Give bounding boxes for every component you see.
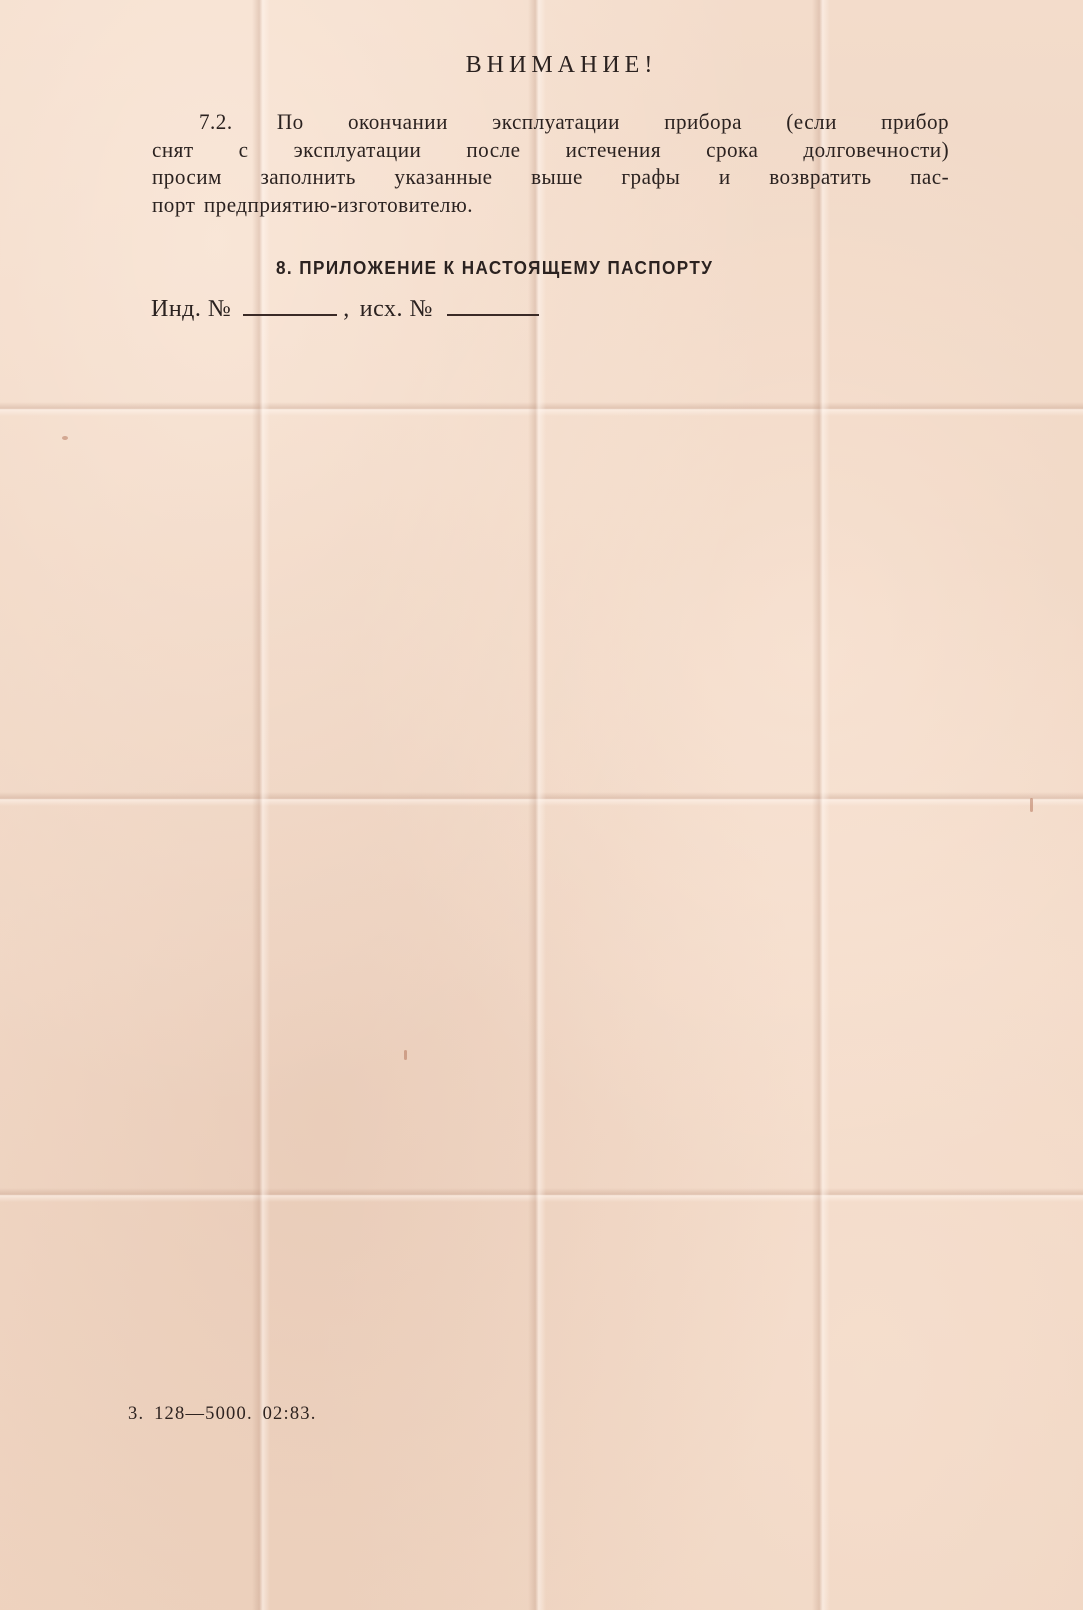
attention-title: ВНИМАНИЕ!	[0, 52, 1083, 79]
ish-number-field[interactable]	[447, 314, 539, 316]
field-separator: ,	[343, 296, 350, 323]
notice-line: просим заполнить указанные выше графы и …	[152, 163, 949, 191]
document-page: ВНИМАНИЕ! 7.2. По окончании эксплуатации…	[0, 0, 1083, 1610]
ind-number-label: Инд. №	[151, 296, 231, 323]
notice-line: порт предприятию-изготовителю.	[152, 191, 949, 219]
ish-number-label: исх. №	[360, 296, 433, 323]
notice-line: снят с эксплуатации после истечения срок…	[152, 136, 949, 164]
appendix-heading: 8. ПРИЛОЖЕНИЕ К НАСТОЯЩЕМУ ПАСПОРТУ	[276, 258, 713, 279]
reference-numbers-line: Инд. № , исх. №	[151, 296, 543, 323]
notice-paragraph: 7.2. По окончании эксплуатации прибора (…	[152, 108, 949, 218]
notice-line: 7.2. По окончании эксплуатации прибора (…	[152, 108, 949, 136]
ind-number-field[interactable]	[243, 314, 337, 316]
print-code: 3. 128—5000. 02:83.	[128, 1404, 317, 1425]
